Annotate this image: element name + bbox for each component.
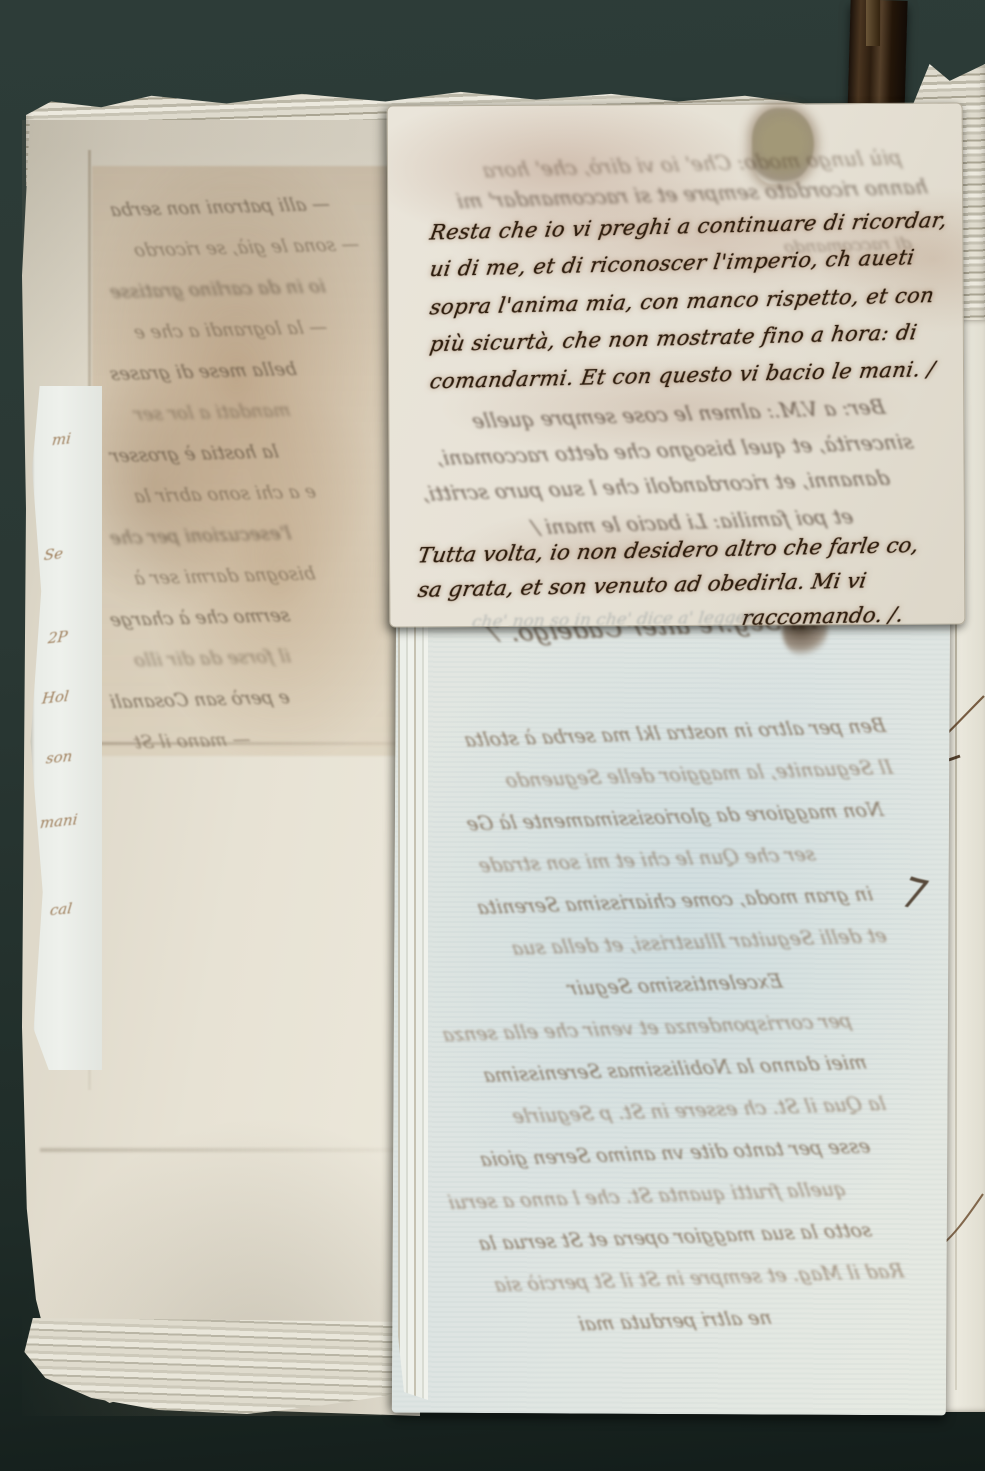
bleedthrough-line: Ber: a V.M.: almen le cose sempre quelle — [470, 395, 888, 433]
edge-fragment: mi — [51, 429, 72, 449]
manuscript-line: raccomando. /. — [740, 602, 905, 630]
press-rod-highlight — [866, 0, 880, 46]
lower-page-bleedthrough: Ben per altro in nostra lkl ma serba à s… — [440, 712, 910, 1372]
edge-fragment: cal — [49, 899, 73, 920]
left-page-crease — [40, 1148, 400, 1152]
edge-fragment: Hol — [41, 686, 70, 707]
bleedthrough-line: — mano il St — [100, 715, 400, 764]
manuscript-line: Tutta volta, io non desidero altro che f… — [416, 533, 920, 569]
lower-page-stacked-edges — [398, 600, 428, 1400]
manuscript-text-block: più lungo modo: Che' io vi dirò, che' ho… — [412, 118, 952, 618]
manuscript-photograph: a o ſ n a o f m — alli patroni non serba… — [0, 0, 985, 1471]
manuscript-line: più sicurtà, che non mostrate fino a hor… — [428, 320, 919, 356]
manuscript-line: sa grata, et son venuto ad obedirla. Mi … — [416, 568, 868, 602]
edge-fragment: son — [45, 746, 73, 767]
manuscript-line: ui di me, et di riconoscer l'imperio, ch… — [428, 245, 916, 281]
bleedthrough-line: dananni, et ricordandoli che l suo puro … — [420, 466, 892, 506]
left-page-bleedthrough: — alli patroni non serba — sona le già, … — [100, 186, 400, 766]
left-page-crease — [96, 742, 408, 745]
edge-fragment: Se — [43, 544, 64, 564]
manuscript-line: sopra l'anima mia, con manco rispetto, e… — [428, 283, 936, 319]
manuscript-line: comandarmi. Et con questo vi bacio le ma… — [428, 357, 937, 393]
bleedthrough-line: sincerità, et quel bisogno che detto rac… — [434, 430, 915, 471]
edge-fragment: 2P — [47, 627, 68, 647]
